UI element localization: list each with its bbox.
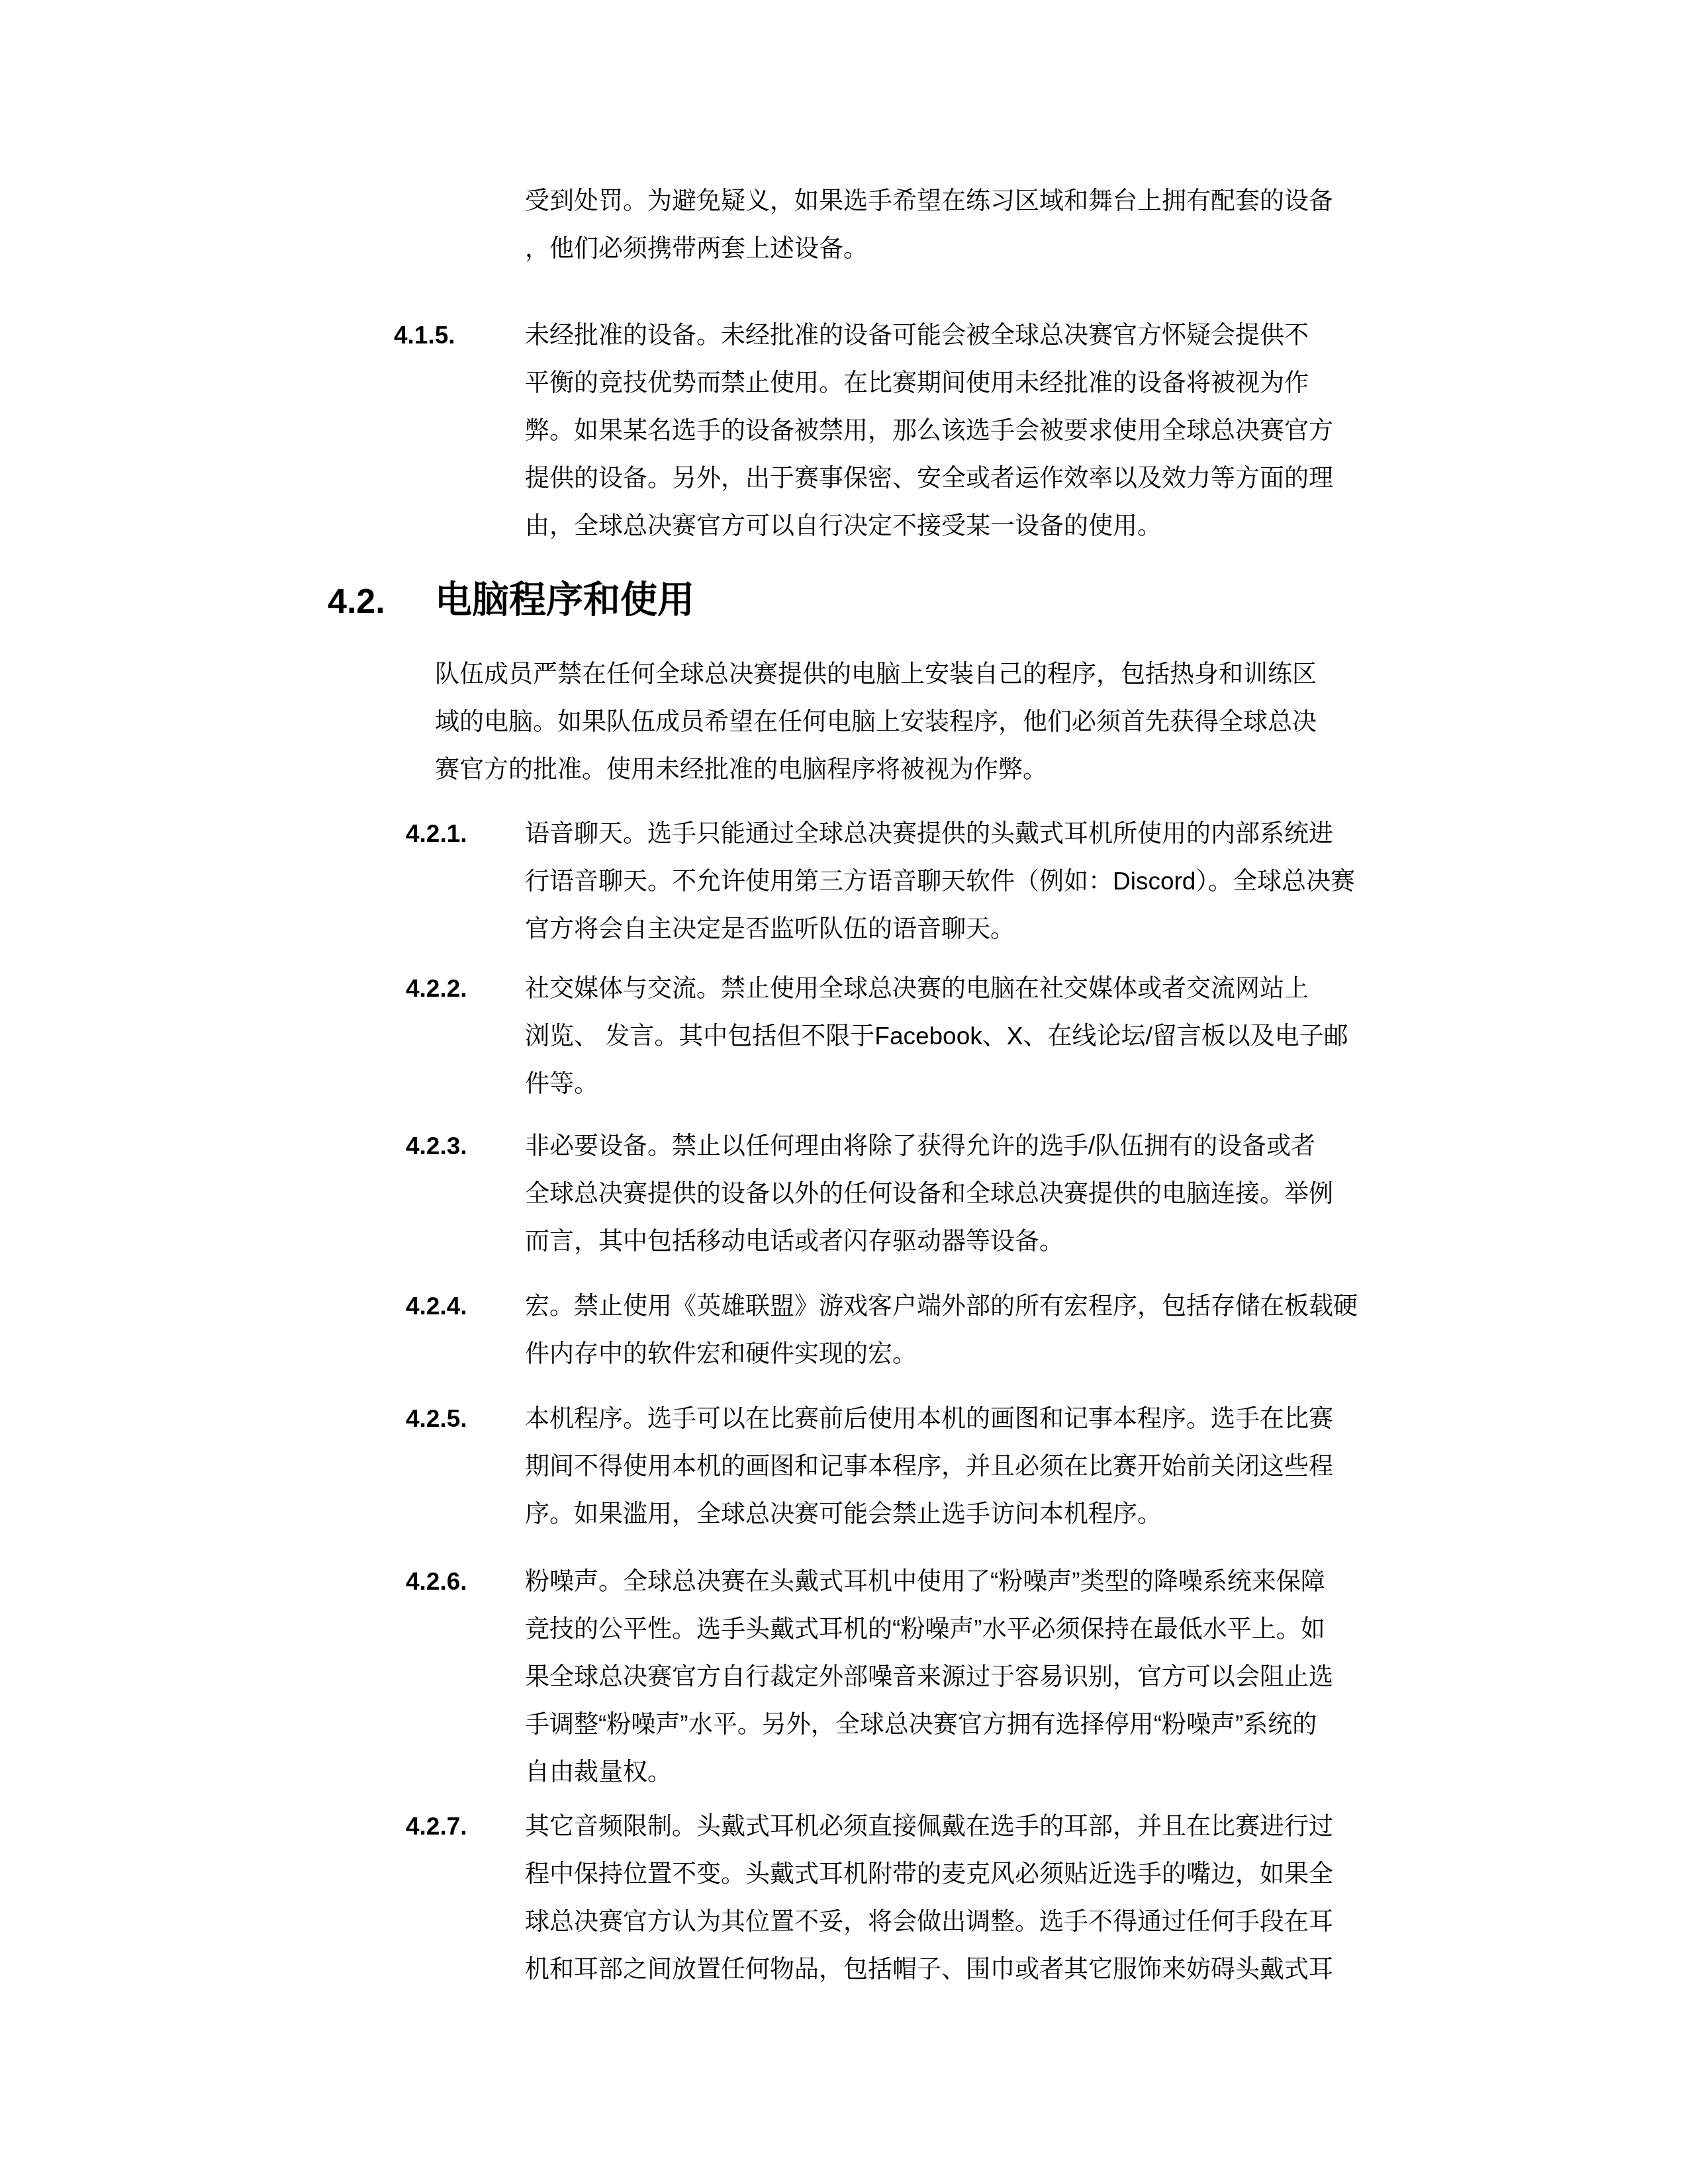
item-body-4-2-1: 语音聊天。选手只能通过全球总决赛提供的头戴式耳机所使用的内部系统进 行语音聊天。… (525, 810, 1355, 953)
item-number-4-2-3: 4.2.3. (406, 1122, 467, 1170)
item-number-4-2-5: 4.2.5. (406, 1395, 467, 1443)
item-number-4-2-4: 4.2.4. (406, 1283, 467, 1330)
item-body-4-2-6: 粉噪声。全球总决赛在头戴式耳机中使用了“粉噪声”类型的降噪系统来保障 竞技的公平… (525, 1558, 1333, 1796)
item-number-4-2-6: 4.2.6. (406, 1558, 467, 1606)
section-number-4-2: 4.2. (328, 579, 385, 624)
item-body-4-2-3: 非必要设备。禁止以任何理由将除了获得允许的选手/队伍拥有的设备或者 全球总决赛提… (525, 1122, 1333, 1265)
item-number-4-2-7: 4.2.7. (406, 1803, 467, 1850)
item-number-4-1-5: 4.1.5. (394, 312, 455, 359)
paragraph-4-1-4-continuation: 受到处罚。为避免疑义，如果选手希望在练习区域和舞台上拥有配套的设备 ，他们必须携… (525, 177, 1333, 273)
item-body-4-2-5: 本机程序。选手可以在比赛前后使用本机的画图和记事本程序。选手在比赛 期间不得使用… (525, 1395, 1333, 1538)
document-page: 受到处罚。为避免疑义，如果选手希望在练习区域和舞台上拥有配套的设备 ，他们必须携… (0, 0, 1688, 2184)
section-intro-4-2: 队伍成员严禁在任何全球总决赛提供的电脑上安装自己的程序，包括热身和训练区 域的电… (435, 651, 1317, 794)
item-body-4-1-5: 未经批准的设备。未经批准的设备可能会被全球总决赛官方怀疑会提供不 平衡的竞技优势… (525, 312, 1333, 550)
item-body-4-2-4: 宏。禁止使用《英雄联盟》游戏客户端外部的所有宏程序，包括存储在板载硬 件内存中的… (525, 1283, 1358, 1378)
section-title-4-2: 电脑程序和使用 (435, 577, 694, 622)
item-body-4-2-7: 其它音频限制。头戴式耳机必须直接佩戴在选手的耳部，并且在比赛进行过 程中保持位置… (525, 1803, 1333, 1993)
item-body-4-2-2: 社交媒体与交流。禁止使用全球总决赛的电脑在社交媒体或者交流网站上 浏览、 发言。… (525, 965, 1348, 1108)
item-number-4-2-2: 4.2.2. (406, 965, 467, 1013)
item-number-4-2-1: 4.2.1. (406, 810, 467, 858)
